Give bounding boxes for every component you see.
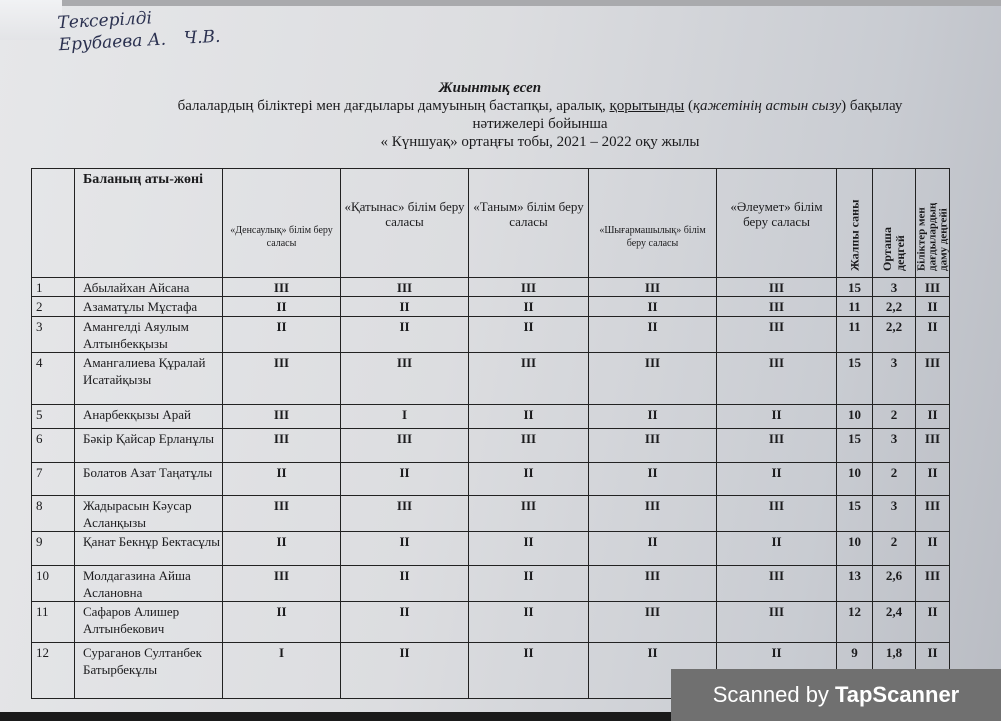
results-table: Баланың аты-жөні «Денсаулық» білім беру … <box>31 168 950 699</box>
creativity-level: II <box>589 532 717 566</box>
total-score: 15 <box>837 278 873 297</box>
level-header-line2: дағдылардың <box>927 203 938 271</box>
communication-level: I <box>341 405 469 429</box>
table-row: 8Жадырасын Кәусар АсланқызыIIIIIIIIIIIII… <box>32 496 950 532</box>
social-level: III <box>717 317 837 353</box>
health-level: III <box>223 496 341 532</box>
table-row: 5Анарбекқызы АрайIIIIIIIIII102II <box>32 405 950 429</box>
cognition-level: III <box>469 278 589 297</box>
watermark-prefix: Scanned by <box>713 682 829 708</box>
cognition-level: II <box>469 532 589 566</box>
average-score: 2 <box>873 532 916 566</box>
student-name: Абылайхан Айсана <box>75 278 223 297</box>
total-score: 15 <box>837 496 873 532</box>
table-body: 1Абылайхан АйсанаIIIIIIIIIIIIIII153III2А… <box>32 278 950 699</box>
subtitle-tail: ) бақылау <box>841 98 902 114</box>
row-number: 2 <box>32 297 75 317</box>
creativity-level: III <box>589 602 717 643</box>
average-score: 2 <box>873 463 916 496</box>
total-score: 11 <box>837 317 873 353</box>
total-score: 15 <box>837 353 873 405</box>
cognition-level: II <box>469 643 589 699</box>
health-level: III <box>223 566 341 602</box>
health-level: III <box>223 429 341 463</box>
social-level: II <box>717 405 837 429</box>
group-year-line: « Күншуақ» ортаңғы тобы, 2021 – 2022 оқу… <box>140 134 940 151</box>
col-header-average: Орташа деңгей <box>873 169 916 278</box>
table-row: 4Амангалиева Құралай ИсатайқызыIIIIIIIII… <box>32 353 950 405</box>
student-name: Амангелді Аяулым Алтынбекқызы <box>75 317 223 353</box>
creativity-level: II <box>589 297 717 317</box>
table-row: 11Сафаров Алишер АлтынбековичIIIIIIIIIII… <box>32 602 950 643</box>
creativity-level: II <box>589 463 717 496</box>
average-score: 3 <box>873 278 916 297</box>
communication-level: II <box>341 643 469 699</box>
average-score: 2,2 <box>873 297 916 317</box>
average-score: 2 <box>873 405 916 429</box>
development-level: II <box>916 297 950 317</box>
average-score: 2,6 <box>873 566 916 602</box>
total-score: 13 <box>837 566 873 602</box>
communication-level: III <box>341 278 469 297</box>
total-score: 12 <box>837 602 873 643</box>
development-level: II <box>916 532 950 566</box>
total-score: 10 <box>837 463 873 496</box>
communication-level: III <box>341 429 469 463</box>
col-header-name: Баланың аты-жөні <box>75 169 223 278</box>
col-header-level-text: Біліктер мендағдылардыңдаму деңгейі <box>916 203 949 271</box>
report-title: Жиынтық есеп <box>80 80 900 97</box>
creativity-level: II <box>589 405 717 429</box>
social-level: III <box>717 353 837 405</box>
col-header-communication: «Қатынас» білім беру саласы <box>341 169 469 278</box>
health-level: II <box>223 602 341 643</box>
col-header-level: Біліктер мендағдылардыңдаму деңгейі <box>916 169 950 278</box>
student-name: Болатов Азат Таңатұлы <box>75 463 223 496</box>
subtitle-instruction: қажетінің астын сызу <box>693 98 841 114</box>
row-number: 12 <box>32 643 75 699</box>
report-subtitle: балалардың біліктері мен дағдылары дамуы… <box>140 98 940 115</box>
social-level: III <box>717 496 837 532</box>
health-level: III <box>223 353 341 405</box>
table-row: 10Молдагазина Айша АслановнаIIIIIIIIIIII… <box>32 566 950 602</box>
cognition-level: III <box>469 496 589 532</box>
table-row: 1Абылайхан АйсанаIIIIIIIIIIIIIII153III <box>32 278 950 297</box>
creativity-level: II <box>589 317 717 353</box>
table-row: 6Бәкір Қайсар ЕрланұлыIIIIIIIIIIIIIII153… <box>32 429 950 463</box>
health-level: II <box>223 297 341 317</box>
subtitle-underlined-option: қорытынды <box>610 98 685 114</box>
subtitle-paren: ( <box>684 98 693 114</box>
development-level: III <box>916 566 950 602</box>
communication-level: II <box>341 317 469 353</box>
health-level: I <box>223 643 341 699</box>
health-level: III <box>223 278 341 297</box>
cognition-level: II <box>469 566 589 602</box>
social-level: III <box>717 278 837 297</box>
cognition-level: II <box>469 297 589 317</box>
communication-level: III <box>341 353 469 405</box>
student-name: Сураганов Султанбек Батырбекұлы <box>75 643 223 699</box>
row-number: 7 <box>32 463 75 496</box>
communication-level: II <box>341 532 469 566</box>
creativity-level: III <box>589 278 717 297</box>
average-score: 3 <box>873 353 916 405</box>
table-header-row: Баланың аты-жөні «Денсаулық» білім беру … <box>32 169 950 278</box>
col-header-health: «Денсаулық» білім беру саласы <box>223 169 341 278</box>
social-level: III <box>717 429 837 463</box>
row-number: 4 <box>32 353 75 405</box>
average-score: 3 <box>873 429 916 463</box>
page-fold <box>0 0 62 40</box>
table-row: 2Азаматұлы МұстафаIIIIIIIIIII112,2II <box>32 297 950 317</box>
row-number: 11 <box>32 602 75 643</box>
col-header-total-text: Жалпы саны <box>848 200 861 271</box>
subtitle-text: балалардың біліктері мен дағдылары дамуы… <box>178 98 610 114</box>
col-header-social: «Әлеумет» білім беру саласы <box>717 169 837 278</box>
student-name: Қанат Бекнұр Бектасұлы <box>75 532 223 566</box>
creativity-level: III <box>589 429 717 463</box>
health-level: II <box>223 532 341 566</box>
communication-level: II <box>341 297 469 317</box>
watermark-brand: TapScanner <box>835 682 959 708</box>
creativity-level: III <box>589 496 717 532</box>
col-header-number <box>32 169 75 278</box>
development-level: II <box>916 405 950 429</box>
development-level: II <box>916 463 950 496</box>
student-name: Анарбекқызы Арай <box>75 405 223 429</box>
table-row: 3Амангелді Аяулым АлтынбекқызыIIIIIIIIII… <box>32 317 950 353</box>
level-header-line3: даму деңгейі <box>938 203 949 271</box>
social-level: III <box>717 602 837 643</box>
table-row: 7Болатов Азат ТаңатұлыIIIIIIIIII102II <box>32 463 950 496</box>
creativity-level: III <box>589 353 717 405</box>
col-header-average-text: Орташа деңгей <box>881 191 907 271</box>
average-score: 3 <box>873 496 916 532</box>
communication-level: III <box>341 496 469 532</box>
communication-level: II <box>341 463 469 496</box>
level-header-line1: Біліктер мен <box>916 203 927 271</box>
development-level: III <box>916 278 950 297</box>
col-header-creativity: «Шығармашылық» білім беру саласы <box>589 169 717 278</box>
student-name: Сафаров Алишер Алтынбекович <box>75 602 223 643</box>
student-name: Молдагазина Айша Аслановна <box>75 566 223 602</box>
scanner-watermark: Scanned by TapScanner <box>671 669 1001 721</box>
row-number: 5 <box>32 405 75 429</box>
communication-level: II <box>341 602 469 643</box>
social-level: III <box>717 566 837 602</box>
development-level: III <box>916 496 950 532</box>
scan-bottom-edge <box>0 712 671 721</box>
student-name: Бәкір Қайсар Ерланұлы <box>75 429 223 463</box>
row-number: 6 <box>32 429 75 463</box>
handwritten-name: Ерубаева А. <box>58 29 166 57</box>
total-score: 10 <box>837 405 873 429</box>
col-header-total: Жалпы саны <box>837 169 873 278</box>
communication-level: II <box>341 566 469 602</box>
row-number: 10 <box>32 566 75 602</box>
total-score: 15 <box>837 429 873 463</box>
social-level: II <box>717 532 837 566</box>
average-score: 2,4 <box>873 602 916 643</box>
student-name: Азаматұлы Мұстафа <box>75 297 223 317</box>
total-score: 11 <box>837 297 873 317</box>
cognition-level: III <box>469 353 589 405</box>
health-level: III <box>223 405 341 429</box>
social-level: III <box>717 297 837 317</box>
row-number: 1 <box>32 278 75 297</box>
cognition-level: II <box>469 463 589 496</box>
cognition-level: II <box>469 317 589 353</box>
table-row: 9Қанат Бекнұр БектасұлыIIIIIIIIII102II <box>32 532 950 566</box>
development-level: II <box>916 602 950 643</box>
report-subtitle-line2: нәтижелері бойынша <box>140 116 940 133</box>
creativity-level: III <box>589 566 717 602</box>
cognition-level: II <box>469 405 589 429</box>
social-level: II <box>717 463 837 496</box>
development-level: III <box>916 353 950 405</box>
health-level: II <box>223 317 341 353</box>
total-score: 10 <box>837 532 873 566</box>
average-score: 2,2 <box>873 317 916 353</box>
handwritten-approval: Тексерілді Ерубаева А. Ч.В. <box>57 4 221 56</box>
cognition-level: III <box>469 429 589 463</box>
row-number: 8 <box>32 496 75 532</box>
health-level: II <box>223 463 341 496</box>
development-level: III <box>916 429 950 463</box>
handwritten-signature: Ч.В. <box>183 26 221 50</box>
col-header-cognition: «Таным» білім беру саласы <box>469 169 589 278</box>
cognition-level: II <box>469 602 589 643</box>
student-name: Жадырасын Кәусар Асланқызы <box>75 496 223 532</box>
student-name: Амангалиева Құралай Исатайқызы <box>75 353 223 405</box>
row-number: 9 <box>32 532 75 566</box>
development-level: II <box>916 317 950 353</box>
row-number: 3 <box>32 317 75 353</box>
